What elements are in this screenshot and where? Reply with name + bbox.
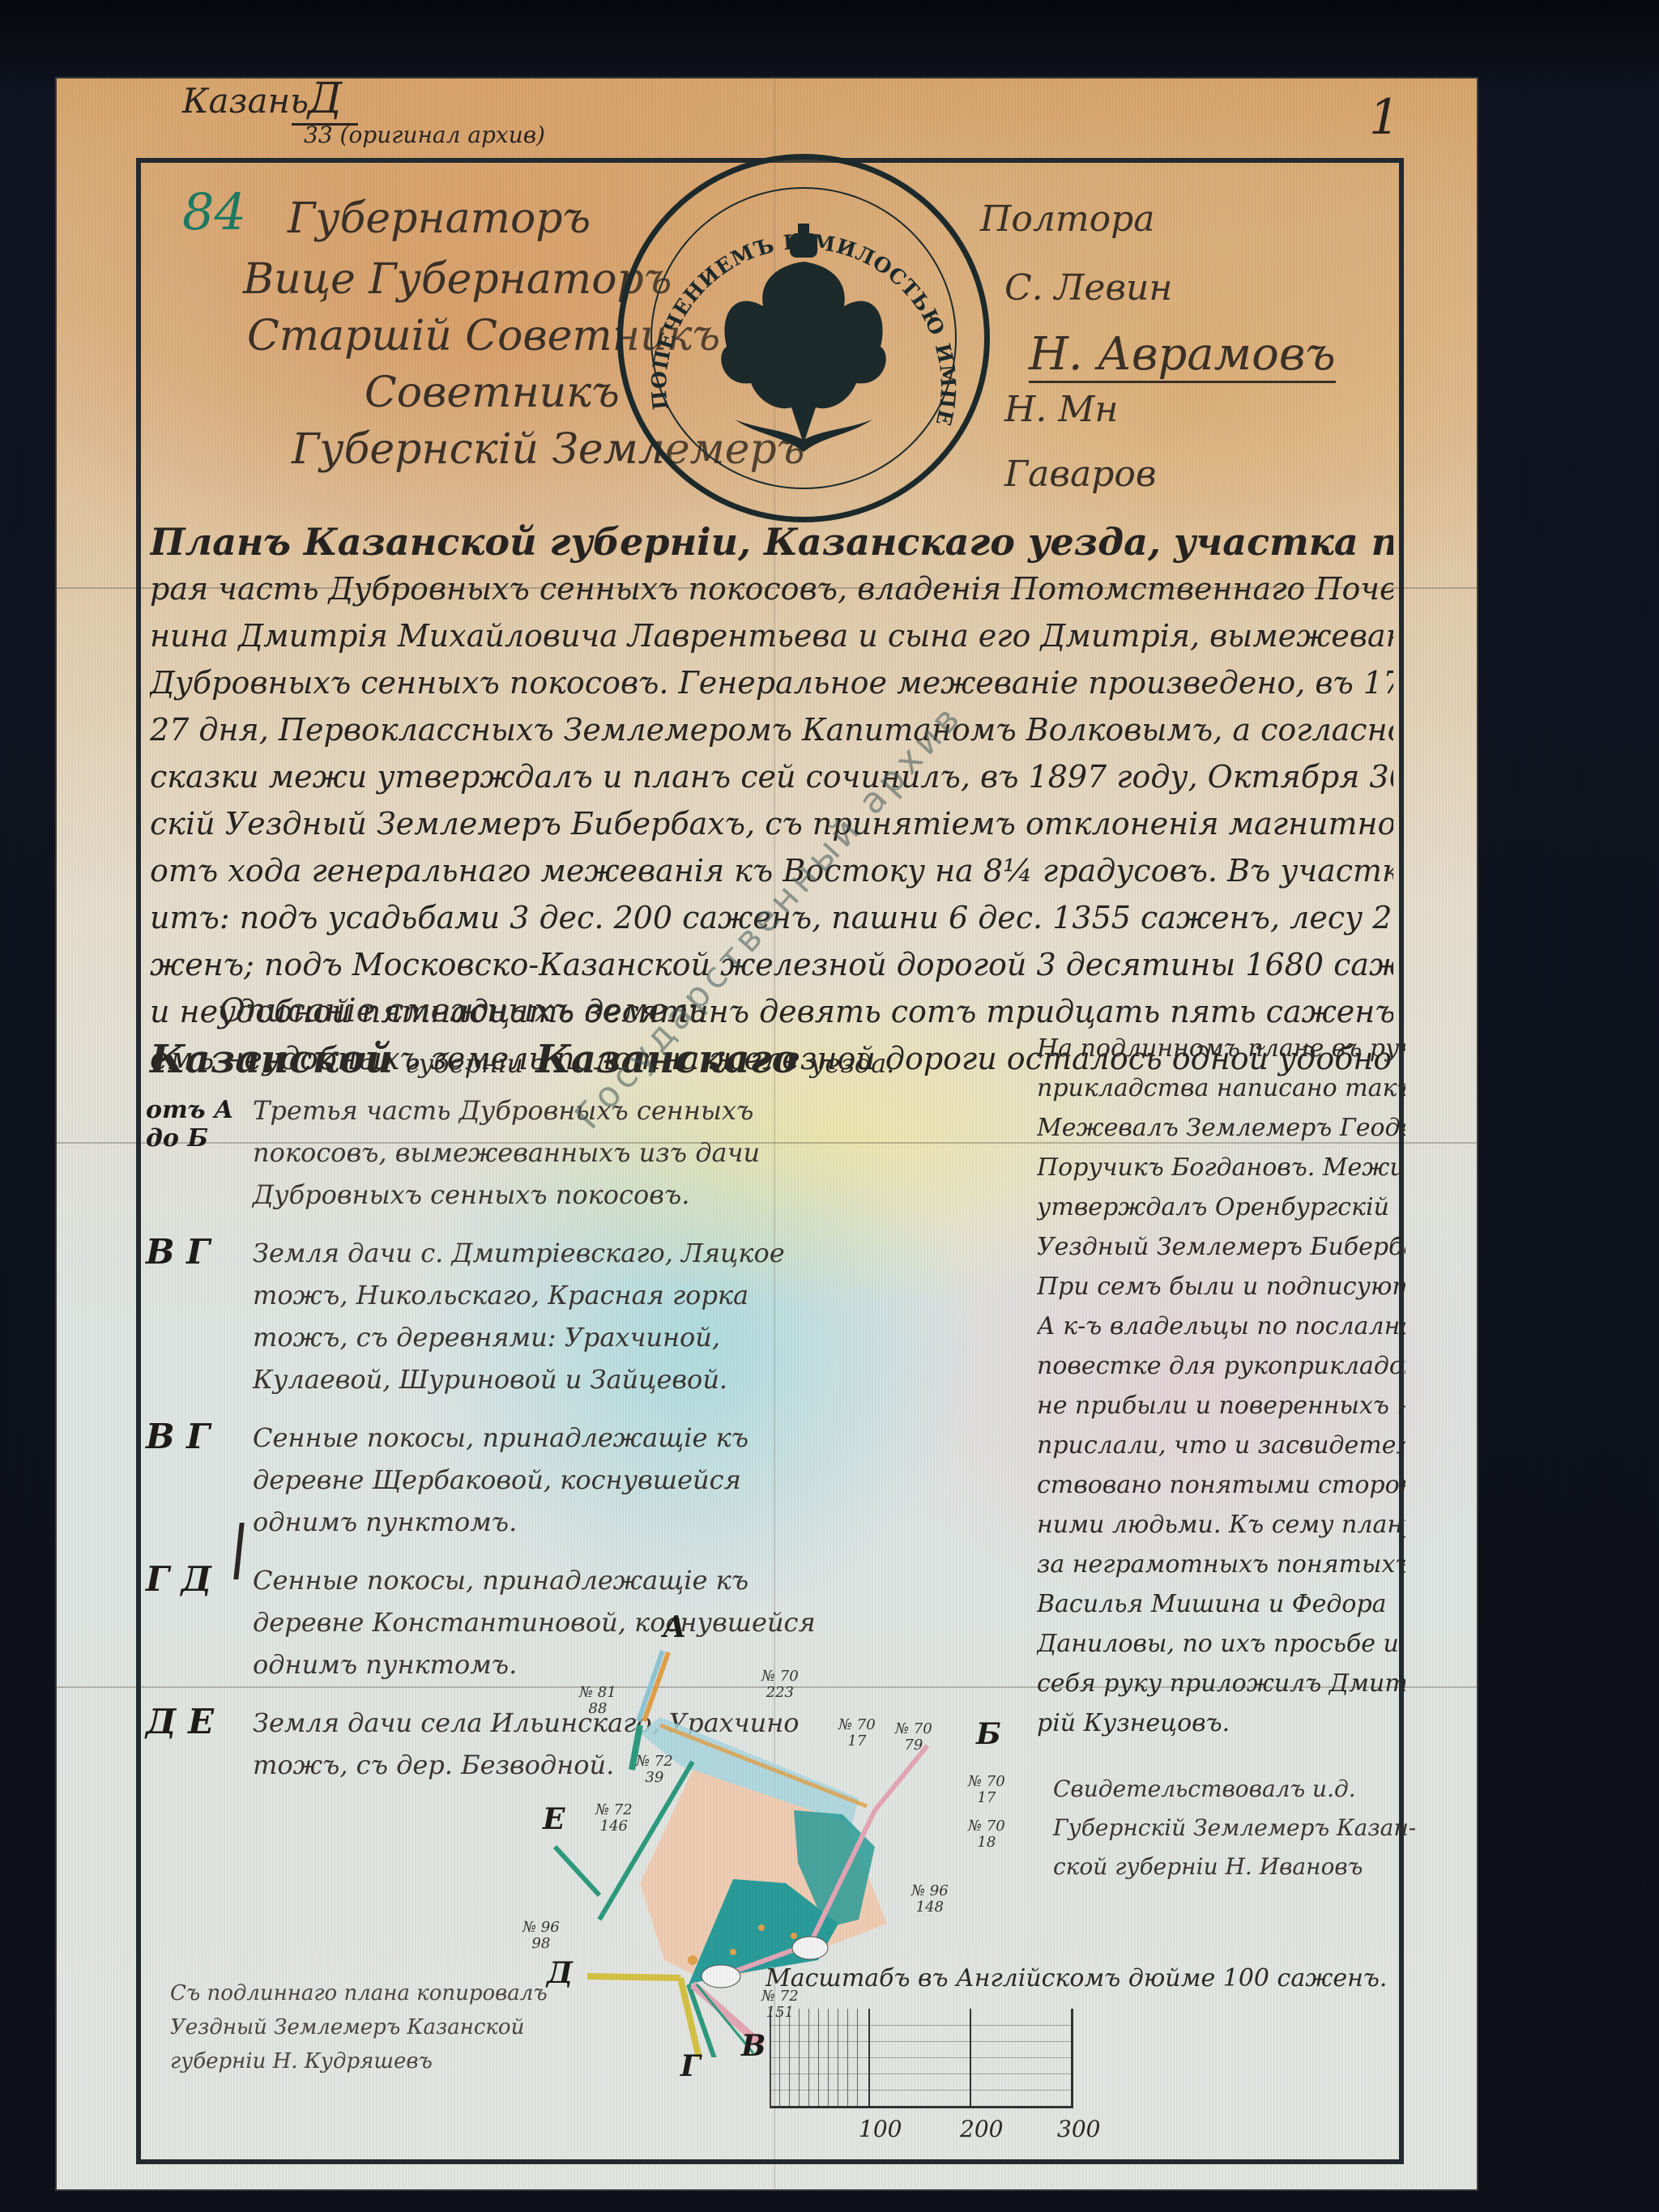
note-line: себя руку приложилъ Дмит- (1037, 1664, 1405, 1703)
signature: Гаваров (1004, 454, 1156, 495)
note-line: ними людьми. Къ сему плану (1037, 1505, 1405, 1545)
signature: Полтора (980, 198, 1155, 240)
map-annotation: № 7079 (895, 1721, 932, 1754)
signature: Н. Аврамовъ (1029, 328, 1336, 383)
green-page-number: 84 (182, 182, 246, 241)
adjacent-lands-subtitle: Казанской губернiи Казанскаго уезда. (150, 1037, 894, 1082)
note-line: ствовано понятыми сторон- (1037, 1465, 1405, 1505)
map-point-e: Е (543, 1802, 565, 1836)
paragraph-line: женъ; подъ Московско-Казанской железной … (150, 941, 1393, 988)
map-annotation: № 7017 (968, 1774, 1005, 1806)
signatory-title: Вице Губернаторъ (243, 255, 672, 304)
signature: С. Левин (1004, 267, 1172, 309)
note-line: Уездный Землемеръ Бибербахъ. (1037, 1227, 1405, 1267)
map-annotation: № 96148 (911, 1883, 949, 1916)
certification-line: Губернскiй Землемеръ Казан- (1053, 1809, 1401, 1848)
boundary-code: Д Е (146, 1702, 253, 1786)
boundary-description: Земля дачи с. Дмитрiевскаго, Ляцкое тожъ… (253, 1232, 842, 1400)
note-line: за неграмотныхъ понятыхъ (1037, 1545, 1405, 1584)
map-annotation: № 8188 (579, 1685, 616, 1717)
adjacent-lands-title: Описанiе смежныхъ земель (219, 992, 706, 1029)
signatory-title: Губернаторъ (288, 194, 591, 243)
note-line: Даниловы, по ихъ просьбе и за (1037, 1624, 1405, 1664)
map-annotation: № 72146 (595, 1802, 633, 1835)
boundary-description: Сенные покосы, принадлежащiе къ деревне … (253, 1417, 842, 1543)
paragraph-line: сказки межи утверждалъ и планъ сей сочин… (150, 753, 1393, 800)
note-line: Василья Мишина и Федора (1037, 1584, 1405, 1624)
corner-mark: 1 (1369, 89, 1400, 146)
archive-letter: Д (292, 75, 358, 126)
list-item: отъ А до Б Третья часть Дубровныхъ сенны… (146, 1089, 842, 1216)
note-line: Межевалъ Землемеръ Геодезiи (1037, 1108, 1405, 1148)
map-point-b: Б (976, 1717, 1001, 1751)
map-annotation: № 7018 (968, 1818, 1005, 1851)
note-line: Поручикъ Богдановъ. Межи (1037, 1148, 1405, 1187)
map-point-a: А (663, 1610, 686, 1644)
boundary-description: Третья часть Дубровныхъ сенныхъ покосовъ… (253, 1089, 842, 1216)
note-line: утверждалъ Оренбургскiй (1037, 1187, 1405, 1227)
note-line: повестке для рукоприкладства (1037, 1346, 1405, 1386)
note-line: прислали, что и засвидетель- (1037, 1426, 1405, 1465)
paragraph-line: нина Дмитрiя Михайловича Лаврентьева и с… (150, 612, 1393, 659)
double-headed-eagle-icon (702, 217, 905, 460)
original-plan-note: На подлинномъ плане въ руко- прикладства… (1037, 1029, 1405, 1743)
note-line: не прибыли и поверенныхъ не (1037, 1386, 1405, 1426)
note-line: При семъ были и подписуются (1037, 1267, 1405, 1306)
boundary-code: В Г (146, 1232, 253, 1400)
paragraph-line: Дубровныхъ сенныхъ покосовъ. Генеральное… (150, 659, 1393, 706)
note-line: На подлинномъ плане въ руко- (1037, 1029, 1405, 1068)
paragraph-line: рая часть Дубровныхъ сенныхъ покосовъ, в… (150, 565, 1393, 612)
scale-caption: Масштабъ въ Англiйскомъ дюйме 100 саженъ… (766, 1964, 1387, 1993)
certification-block: Свидетельствовалъ и.д. Губернскiй Землем… (1053, 1770, 1401, 1886)
scale-tick-label: 200 (960, 2116, 1003, 2142)
scale-bar (770, 2009, 1073, 2108)
certification-line: ской губернiи Н. Ивановъ (1053, 1848, 1401, 1886)
map-annotation: № 7017 (838, 1717, 876, 1750)
paragraph-line: 27 дня, Первоклассныхъ Землемеромъ Капит… (150, 706, 1393, 753)
scale-tick-label: 100 (859, 2116, 902, 2142)
paragraph-line: скiй Уездный Землемеръ Бибербахъ, съ при… (150, 800, 1393, 847)
certification-line: Свидетельствовалъ и.д. (1053, 1770, 1401, 1809)
paragraph-line: Планъ Казанской губернiи, Казанскаго уез… (150, 518, 1393, 565)
map-annotation: № 9698 (522, 1920, 560, 1952)
map-annotation: № 70223 (761, 1669, 799, 1701)
scale-tick-label: 300 (1057, 2116, 1100, 2142)
imperial-seal: ПОПЕЧЕНИЕМЪ И МИЛОСТЬЮ ИМПЕРАТОРА НИКОЛА… (617, 154, 990, 522)
note-line: А к-ъ владельцы по послалной (1037, 1306, 1405, 1346)
archive-number: 33 (оригинал архив) (304, 121, 545, 148)
note-line: рiй Кузнецовъ. (1037, 1703, 1405, 1743)
list-item: В Г Сенные покосы, принадлежащiе къ дере… (146, 1417, 842, 1543)
boundary-code: отъ А до Б (146, 1089, 253, 1216)
map-annotation: № 7239 (636, 1754, 673, 1786)
map-point-v: В (741, 2029, 766, 2063)
subtitle-province: Казанской (150, 1037, 393, 1082)
map-point-g: Г (680, 2049, 701, 2083)
subtitle-district-word: уезда. (810, 1048, 894, 1079)
map-point-d: Д (547, 1956, 573, 1990)
signature: Н. Мн (1004, 389, 1118, 430)
archive-prefix: Казань (182, 81, 309, 121)
subtitle-province-word: губернiи (405, 1048, 523, 1079)
signatory-title: Советникъ (365, 369, 620, 417)
list-item: В Г Земля дачи с. Дмитрiевскаго, Ляцкое … (146, 1232, 842, 1400)
note-line: прикладства написано такъ: (1037, 1068, 1405, 1108)
boundary-code: В Г (146, 1417, 253, 1543)
